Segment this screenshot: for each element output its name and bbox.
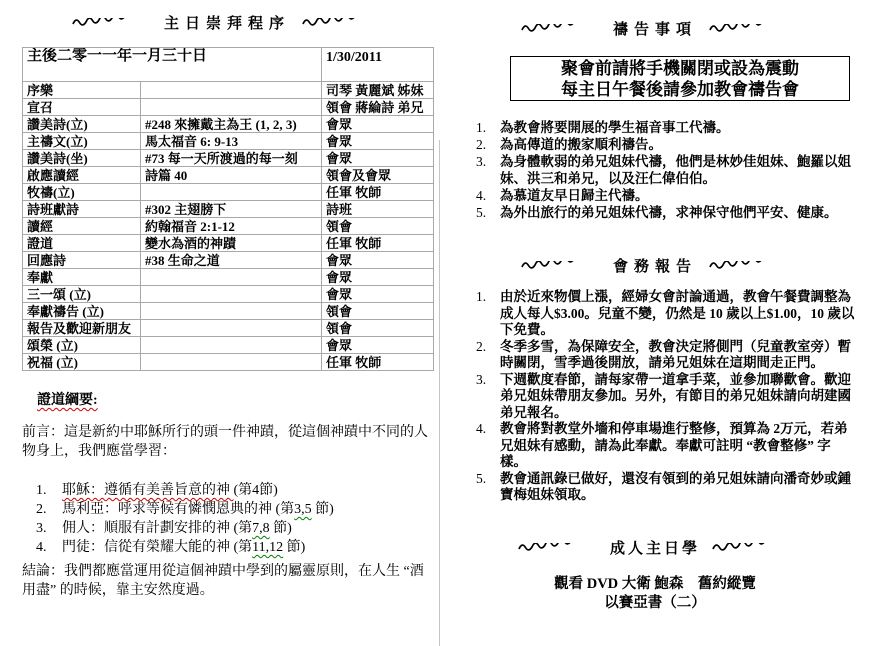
list-item: 4.教會將對教堂外墻和停車場進行整修，預算為 2万元，若弟兄姐妹有感動，請為此奉… — [476, 421, 857, 471]
worship-who-cell: 會眾 — [322, 116, 434, 133]
list-item-text: 為外出旅行的弟兄姐妹代禱，求神保守他們平安、健康。 — [500, 204, 857, 221]
list-item-number: 3. — [476, 372, 500, 422]
worship-item-cell: 奉獻禱告 (立) — [23, 303, 141, 320]
worship-content: #73 每一天所渡過的每一刻 — [145, 151, 298, 166]
worship-who-cell: 詩班 — [322, 201, 434, 218]
point-text-main: 馬利亞：呼求等候有憐憫恩典的神 — [62, 502, 276, 517]
worship-who: 會眾 — [326, 270, 352, 285]
worship-who-cell: 會眾 — [322, 150, 434, 167]
scroll-ornament-icon — [72, 18, 152, 27]
list-item-text: 教會通訊錄已做好，還沒有領到的弟兄姐妹請向潘奇妙或鍾寶梅姐妹領取。 — [500, 471, 857, 504]
worship-who-cell: 領會 — [322, 320, 434, 337]
worship-content-cell: 約翰福音 2:1-12 — [141, 218, 322, 235]
worship-item-cell: 三一頌 (立) — [23, 286, 141, 303]
sermon-point: 1.耶穌：遵循有美善旨意的神 (第4節) — [22, 481, 334, 500]
point-number: 2. — [22, 500, 62, 519]
worship-row: 牧禱(立)任軍 牧師 — [23, 184, 434, 201]
worship-content: #248 來擁戴主為王 (1, 2, 3) — [145, 117, 297, 132]
sermon-outline-heading-text: 證道綱要: — [37, 393, 98, 408]
point-ref-pre: (第 — [276, 502, 295, 517]
list-item-number: 2. — [476, 136, 500, 153]
list-item: 3.為身體軟弱的弟兄姐妹代禱，他們是林妙佳姐妹、鮑羅以姐妹、洪三和弟兄，以及汪仁… — [476, 153, 857, 187]
list-item-number: 2. — [476, 339, 500, 372]
worship-content-cell: #302 主翅膀下 — [141, 201, 322, 218]
list-item-text: 為教會將要開展的學生福音事工代禱。 — [500, 119, 857, 136]
point-ref-post: 節) — [283, 540, 305, 555]
worship-who-cell: 會眾 — [322, 252, 434, 269]
worship-row: 奉獻禱告 (立)領會 — [23, 303, 434, 320]
point-number: 1. — [22, 481, 62, 500]
worship-who: 領會及會眾 — [326, 168, 391, 183]
point-ref-num: 3,5 — [294, 502, 312, 517]
scroll-ornament-icon — [712, 543, 792, 552]
worship-who-cell: 領會 — [322, 218, 434, 235]
worship-content-cell — [141, 303, 322, 320]
notice-line-2: 每主日午餐後請參加教會禱告會 — [511, 79, 849, 100]
list-item: 2.冬季多雪，為保障安全，教會決定將側門（兒童教室旁）暫時關閉，雪季過後開放，請… — [476, 339, 857, 372]
sunday-school-line-2: 以賽亞書（二） — [450, 594, 860, 613]
worship-content: #302 主翅膀下 — [145, 202, 226, 217]
worship-item: 報告及歡迎新朋友 — [27, 321, 131, 336]
worship-who-cell: 領會 蔣綸詩 弟兄 — [322, 99, 434, 116]
worship-who-cell: 任軍 牧師 — [322, 235, 434, 252]
worship-item: 讚美詩(立) — [27, 117, 88, 132]
worship-row: 回應詩#38 生命之道會眾 — [23, 252, 434, 269]
worship-row: 頌榮 (立)會眾 — [23, 337, 434, 354]
worship-content-cell: #73 每一天所渡過的每一刻 — [141, 150, 322, 167]
sermon-intro: 前言：這是新約中耶穌所行的頭一件神蹟，從這個神蹟中不同的人物身上，我們應當學習： — [22, 423, 432, 461]
list-item: 5.教會通訊錄已做好，還沒有領到的弟兄姐妹請向潘奇妙或鍾寶梅姐妹領取。 — [476, 471, 857, 504]
worship-item-cell: 讚美詩(坐) — [23, 150, 141, 167]
worship-row: 讚美詩(坐)#73 每一天所渡過的每一刻會眾 — [23, 150, 434, 167]
point-text: 耶穌：遵循有美善旨意的神 (第4節) — [62, 481, 278, 500]
prayer-items-list: 1.為教會將要開展的學生福音事工代禱。2.為高傳道的搬家順利禱告。3.為身體軟弱… — [476, 119, 857, 221]
worship-item-cell: 讚美詩(立) — [23, 116, 141, 133]
list-item-text: 為高傳道的搬家順利禱告。 — [500, 136, 857, 153]
worship-who: 任軍 牧師 — [326, 236, 381, 251]
scroll-ornament-icon — [521, 24, 601, 33]
point-number: 3. — [22, 519, 62, 538]
list-item: 2.為高傳道的搬家順利禱告。 — [476, 136, 857, 153]
worship-item: 詩班獻詩 — [27, 202, 79, 217]
sunday-school-title-row: 成人主日學 — [450, 537, 860, 558]
worship-who-cell: 領會及會眾 — [322, 167, 434, 184]
report-title: 會務報告 — [613, 255, 697, 276]
worship-row: 讚美詩(立)#248 來擁戴主為王 (1, 2, 3)會眾 — [23, 116, 434, 133]
point-text-main: 門徒：信從有榮耀大能的神 — [62, 540, 234, 555]
worship-content: 詩篇 40 — [145, 168, 187, 183]
worship-content-cell: 馬太福音 6: 9-13 — [141, 133, 322, 150]
worship-who-cell: 司琴 黃麗斌 姊妹 — [322, 82, 434, 99]
worship-content-cell — [141, 184, 322, 201]
worship-who: 領會 — [326, 321, 352, 336]
worship-item: 證道 — [27, 236, 53, 251]
worship-who: 會眾 — [326, 117, 352, 132]
list-item-number: 4. — [476, 187, 500, 204]
worship-who-cell: 領會 — [322, 303, 434, 320]
list-item-text: 由於近來物價上漲，經婦女會討論通過，教會午餐費調整為成人每人$3.00。兒童不變… — [500, 289, 857, 339]
point-ref-pre: (第 — [234, 483, 253, 498]
worship-item-cell: 詩班獻詩 — [23, 201, 141, 218]
list-item-text: 為慕道友早日歸主代禱。 — [500, 187, 857, 204]
worship-content-cell — [141, 337, 322, 354]
list-item: 3.下週歡度春節，請每家帶一道拿手菜，並參加聯歡會。歡迎弟兄姐妹帶朋友參加。另外… — [476, 372, 857, 422]
scroll-ornament-icon — [709, 24, 789, 33]
sermon-point: 3.佣人：順服有計劃安排的神 (第7,8 節) — [22, 519, 334, 538]
worship-item: 啟應讀經 — [27, 168, 79, 183]
worship-item-cell: 祝福 (立) — [23, 354, 141, 371]
worship-content-cell — [141, 354, 322, 371]
worship-header-row: 主後二零一一年一月三十日 1/30/2011 — [23, 48, 434, 82]
date-numeric: 1/30/2011 — [326, 50, 382, 65]
worship-item-cell: 報告及歡迎新朋友 — [23, 320, 141, 337]
point-number: 4. — [22, 538, 62, 557]
worship-who: 司琴 黃麗斌 姊妹 — [326, 83, 424, 98]
worship-content-cell: #38 生命之道 — [141, 252, 322, 269]
worship-content: 變水為酒的神蹟 — [145, 236, 236, 251]
worship-row: 祝福 (立)任軍 牧師 — [23, 354, 434, 371]
worship-content-cell: 詩篇 40 — [141, 167, 322, 184]
worship-row: 證道變水為酒的神蹟任軍 牧師 — [23, 235, 434, 252]
worship-row: 序樂司琴 黃麗斌 姊妹 — [23, 82, 434, 99]
list-item: 1.由於近來物價上漲，經婦女會討論通過，教會午餐費調整為成人每人$3.00。兒童… — [476, 289, 857, 339]
worship-who: 會眾 — [326, 287, 352, 302]
worship-item-cell: 主禱文(立) — [23, 133, 141, 150]
point-text-main: 佣人：順服有計劃安排的神 — [62, 521, 234, 536]
list-item-text: 為身體軟弱的弟兄姐妹代禱，他們是林妙佳姐妹、鮑羅以姐妹、洪三和弟兄，以及汪仁偉伯… — [500, 153, 857, 187]
worship-row: 三一頌 (立)會眾 — [23, 286, 434, 303]
worship-who-cell: 任軍 牧師 — [322, 184, 434, 201]
worship-item: 主禱文(立) — [27, 134, 88, 149]
worship-item: 讀經 — [27, 219, 53, 234]
worship-who: 會眾 — [326, 151, 352, 166]
worship-who: 領會 — [326, 219, 352, 234]
list-item-number: 5. — [476, 204, 500, 221]
list-item: 5.為外出旅行的弟兄姐妹代禱，求神保守他們平安、健康。 — [476, 204, 857, 221]
point-ref-post: 節) — [312, 502, 334, 517]
scroll-ornament-icon — [518, 543, 598, 552]
worship-content-cell — [141, 82, 322, 99]
worship-who: 詩班 — [326, 202, 352, 217]
sunday-school-line-1: 觀看 DVD 大衛 鮑森 舊約縱覽 — [450, 575, 860, 594]
list-item-number: 1. — [476, 119, 500, 136]
page-divider — [439, 140, 440, 646]
list-item: 1.為教會將要開展的學生福音事工代禱。 — [476, 119, 857, 136]
worship-item: 三一頌 (立) — [27, 287, 91, 302]
list-item-text: 冬季多雪，為保障安全，教會決定將側門（兒童教室旁）暫時關閉，雪季過後開放，請弟兄… — [500, 339, 857, 372]
sermon-conclusion: 結論：我們都應當運用從這個神蹟中學到的屬靈原則，在人生 “酒用盡” 的時候，靠主… — [22, 562, 436, 600]
worship-item: 奉獻 — [27, 270, 53, 285]
worship-content-cell: #248 來擁戴主為王 (1, 2, 3) — [141, 116, 322, 133]
report-title-row: 會務報告 — [450, 255, 860, 276]
list-item-number: 3. — [476, 153, 500, 187]
worship-who: 會眾 — [326, 338, 352, 353]
worship-who: 任軍 牧師 — [326, 185, 381, 200]
sermon-point: 4.門徒：信從有榮耀大能的神 (第11,12 節) — [22, 538, 334, 557]
list-item-text: 教會將對教堂外墻和停車場進行整修，預算為 2万元，若弟兄姐妹有感動，請為此奉獻。… — [500, 421, 857, 471]
sermon-point: 2.馬利亞：呼求等候有憐憫恩典的神 (第3,5 節) — [22, 500, 334, 519]
worship-item: 頌榮 (立) — [27, 338, 78, 353]
worship-content: #38 生命之道 — [145, 253, 220, 268]
list-item: 4.為慕道友早日歸主代禱。 — [476, 187, 857, 204]
point-ref-pre: (第 — [234, 540, 253, 555]
point-ref-num: 11,12 — [252, 540, 283, 555]
worship-content-cell: 變水為酒的神蹟 — [141, 235, 322, 252]
worship-order-table: 主後二零一一年一月三十日 1/30/2011 序樂司琴 黃麗斌 姊妹宣召領會 蔣… — [22, 47, 434, 371]
worship-content: 馬太福音 6: 9-13 — [145, 134, 238, 149]
notice-line-1: 聚會前請將手機關閉或設為震動 — [511, 58, 849, 79]
point-text-main: 耶穌：遵循有美善旨意的神 — [62, 483, 234, 498]
prayer-title-row: 禱告事項 — [450, 18, 860, 39]
sermon-points: 1.耶穌：遵循有美善旨意的神 (第4節)2.馬利亞：呼求等候有憐憫恩典的神 (第… — [22, 481, 334, 557]
worship-item-cell: 奉獻 — [23, 269, 141, 286]
worship-who: 會眾 — [326, 134, 352, 149]
worship-content: 約翰福音 2:1-12 — [145, 219, 235, 234]
scroll-ornament-icon — [521, 261, 601, 270]
worship-who-cell: 會眾 — [322, 337, 434, 354]
sunday-school-content: 觀看 DVD 大衛 鮑森 舊約縱覽 以賽亞書（二） — [450, 575, 860, 613]
worship-item: 宣召 — [27, 100, 53, 115]
worship-content-cell — [141, 269, 322, 286]
sunday-school-title: 成人主日學 — [610, 537, 700, 558]
worship-item: 回應詩 — [27, 253, 66, 268]
worship-who-cell: 會眾 — [322, 286, 434, 303]
worship-item-cell: 證道 — [23, 235, 141, 252]
worship-row: 奉獻會眾 — [23, 269, 434, 286]
point-text: 馬利亞：呼求等候有憐憫恩典的神 (第3,5 節) — [62, 500, 334, 519]
point-text: 門徒：信從有榮耀大能的神 (第11,12 節) — [62, 538, 305, 557]
list-item-number: 4. — [476, 421, 500, 471]
date-chinese: 主後二零一一年一月三十日 — [27, 48, 207, 64]
worship-who: 領會 — [326, 304, 352, 319]
worship-item-cell: 宣召 — [23, 99, 141, 116]
list-item-text: 下週歡度春節，請每家帶一道拿手菜，並參加聯歡會。歡迎弟兄姐妹帶朋友參加。另外，有… — [500, 372, 857, 422]
worship-item-cell: 讀經 — [23, 218, 141, 235]
worship-row: 讀經約翰福音 2:1-12領會 — [23, 218, 434, 235]
report-items-list: 1.由於近來物價上漲，經婦女會討論通過，教會午餐費調整為成人每人$3.00。兒童… — [476, 289, 857, 504]
scroll-ornament-icon — [709, 261, 789, 270]
worship-item: 奉獻禱告 (立) — [27, 304, 104, 319]
point-ref-post: 節) — [270, 521, 292, 536]
point-ref-num: 7,8 — [252, 521, 270, 536]
worship-content-cell — [141, 320, 322, 337]
worship-title: 主日崇拜程序 — [164, 12, 290, 33]
worship-title-row: 主日崇拜程序 — [22, 12, 432, 33]
worship-who: 任軍 牧師 — [326, 355, 381, 370]
list-item-number: 5. — [476, 471, 500, 504]
worship-content-cell — [141, 99, 322, 116]
list-item-number: 1. — [476, 289, 500, 339]
point-ref-pre: (第 — [234, 521, 253, 536]
worship-item-cell: 啟應讀經 — [23, 167, 141, 184]
worship-item: 序樂 — [27, 83, 53, 98]
worship-item: 讚美詩(坐) — [27, 151, 88, 166]
scroll-ornament-icon — [302, 18, 382, 27]
worship-who-cell: 會眾 — [322, 269, 434, 286]
worship-who: 領會 蔣綸詩 弟兄 — [326, 100, 424, 115]
point-text: 佣人：順服有計劃安排的神 (第7,8 節) — [62, 519, 292, 538]
worship-row: 主禱文(立)馬太福音 6: 9-13會眾 — [23, 133, 434, 150]
worship-item-cell: 頌榮 (立) — [23, 337, 141, 354]
worship-who-cell: 會眾 — [322, 133, 434, 150]
prayer-title: 禱告事項 — [613, 18, 697, 39]
point-ref-post: 節) — [259, 483, 278, 498]
worship-item-cell: 牧禱(立) — [23, 184, 141, 201]
worship-table-body: 主後二零一一年一月三十日 1/30/2011 序樂司琴 黃麗斌 姊妹宣召領會 蔣… — [23, 48, 434, 371]
worship-who-cell: 任軍 牧師 — [322, 354, 434, 371]
worship-row: 報告及歡迎新朋友領會 — [23, 320, 434, 337]
worship-row: 宣召領會 蔣綸詩 弟兄 — [23, 99, 434, 116]
worship-item-cell: 序樂 — [23, 82, 141, 99]
worship-row: 啟應讀經詩篇 40領會及會眾 — [23, 167, 434, 184]
worship-who: 會眾 — [326, 253, 352, 268]
sermon-outline-heading: 證道綱要: — [37, 389, 98, 409]
worship-row: 詩班獻詩#302 主翅膀下詩班 — [23, 201, 434, 218]
worship-item: 牧禱(立) — [27, 185, 75, 200]
worship-item-cell: 回應詩 — [23, 252, 141, 269]
bulletin-document: 主日崇拜程序 主後二零一一年一月三十日 1/30/2011 序樂司琴 黃麗斌 姊… — [0, 0, 876, 646]
notice-box: 聚會前請將手機關閉或設為震動 每主日午餐後請參加教會禱告會 — [510, 56, 850, 101]
worship-content-cell — [141, 286, 322, 303]
worship-item: 祝福 (立) — [27, 355, 78, 370]
